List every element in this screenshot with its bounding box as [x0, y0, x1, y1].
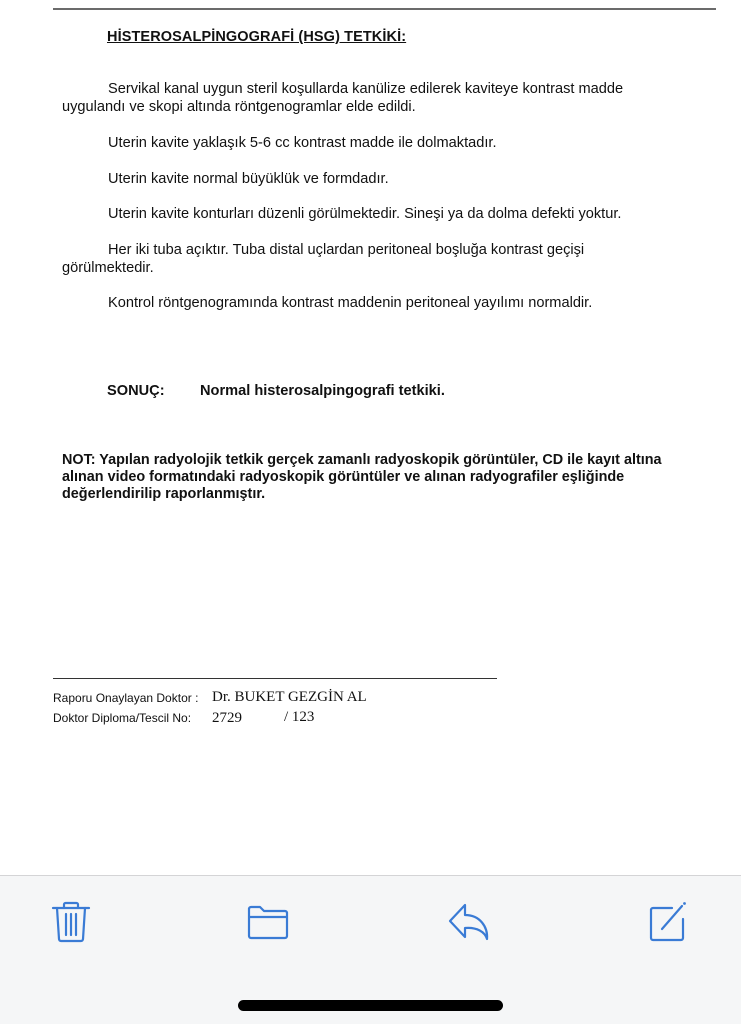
paragraph-contours: Uterin kavite konturları düzenli görülme… [62, 205, 672, 223]
paragraph-control: Kontrol röntgenogramında kontrast madden… [62, 294, 672, 312]
delete-button[interactable] [49, 900, 93, 944]
reply-button[interactable] [447, 900, 491, 944]
paragraph-tubes: Her iki tuba açıktır. Tuba distal uçlard… [62, 241, 672, 277]
bottom-toolbar [0, 875, 741, 1024]
top-divider [53, 8, 716, 10]
diploma-label: Doktor Diploma/Tescil No: [53, 711, 191, 725]
report-title: HİSTEROSALPİNGOGRAFİ (HSG) TETKİKİ: [107, 29, 406, 45]
doctor-label: Raporu Onaylayan Doktor : [53, 691, 198, 705]
paragraph-size: Uterin kavite normal büyüklük ve formdad… [62, 170, 672, 188]
trash-icon [49, 900, 93, 944]
home-indicator[interactable] [238, 1000, 503, 1011]
signature-divider [53, 678, 497, 679]
paragraph-procedure: Servikal kanal uygun steril koşullarda k… [62, 80, 672, 116]
compose-icon [646, 900, 690, 944]
paragraph-volume: Uterin kavite yaklaşık 5-6 cc kontrast m… [62, 134, 672, 152]
compose-button[interactable] [646, 900, 690, 944]
doctor-name: Dr. BUKET GEZGİN AL [212, 689, 367, 706]
result-label: SONUÇ: [107, 383, 165, 399]
diploma-number: 2729 [212, 710, 242, 727]
folder-icon [246, 900, 290, 944]
move-to-folder-button[interactable] [246, 900, 290, 944]
registry-number: / 123 [284, 709, 314, 726]
report-note: NOT: Yapılan radyolojik tetkik gerçek za… [62, 452, 702, 503]
reply-icon [447, 900, 491, 944]
result-value: Normal histerosalpingografi tetkiki. [200, 383, 445, 399]
